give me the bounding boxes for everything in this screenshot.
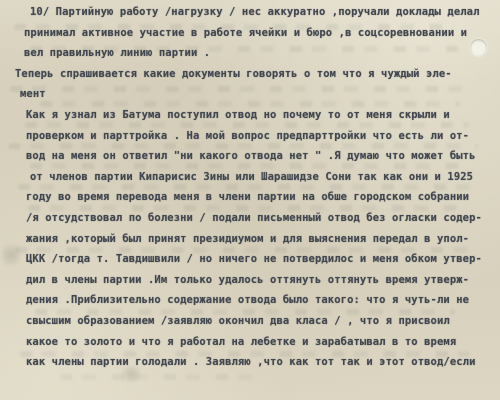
text-line: как члены партии голодали . Заявляю ,что… (0, 352, 500, 373)
text-line: мент (0, 84, 500, 105)
text-line: вод на меня он ответил "ни какого отвода… (0, 146, 500, 167)
text-line: дения .Приблизительно содержание отвода … (0, 290, 500, 311)
text-line: 10/ Партийную работу /нагрузку / нес акк… (0, 2, 500, 23)
hole-punch (470, 39, 487, 56)
text-line: Теперь спрашивается какие документы гово… (0, 64, 500, 85)
text-line: принимал активное участие в работе ячейк… (0, 23, 500, 44)
bleedthrough-mark (60, 374, 260, 380)
text-line: проверком и парттройка . На мой вопрос п… (0, 126, 500, 147)
text-line: Как я узнал из Батума поступил отвод но … (0, 105, 500, 126)
text-line: от членов партии Кипарисис Зины или Шара… (0, 167, 500, 188)
text-line: жания ,который был принят президиумом и … (0, 229, 500, 250)
text-line: ЦКК /тогда т. Тавдишвили / но ничего не … (0, 249, 500, 270)
text-line: /я отсудствовал по болезни / подали пись… (0, 208, 500, 229)
typewritten-text-block: 10/ Партийную работу /нагрузку / нес акк… (0, 2, 500, 373)
text-line: году во время перевода меня в члени парт… (0, 187, 500, 208)
text-line: дил в члены партии .Им только удалось от… (0, 270, 500, 291)
text-line: вел правильную линию партии . (0, 43, 500, 64)
scanned-document-page: 10/ Партийную работу /нагрузку / нес акк… (0, 0, 500, 400)
text-line: свысшим образованием /заявляю окончил дв… (0, 311, 500, 332)
text-line: какое то золото и что я работал на лебет… (0, 332, 500, 353)
